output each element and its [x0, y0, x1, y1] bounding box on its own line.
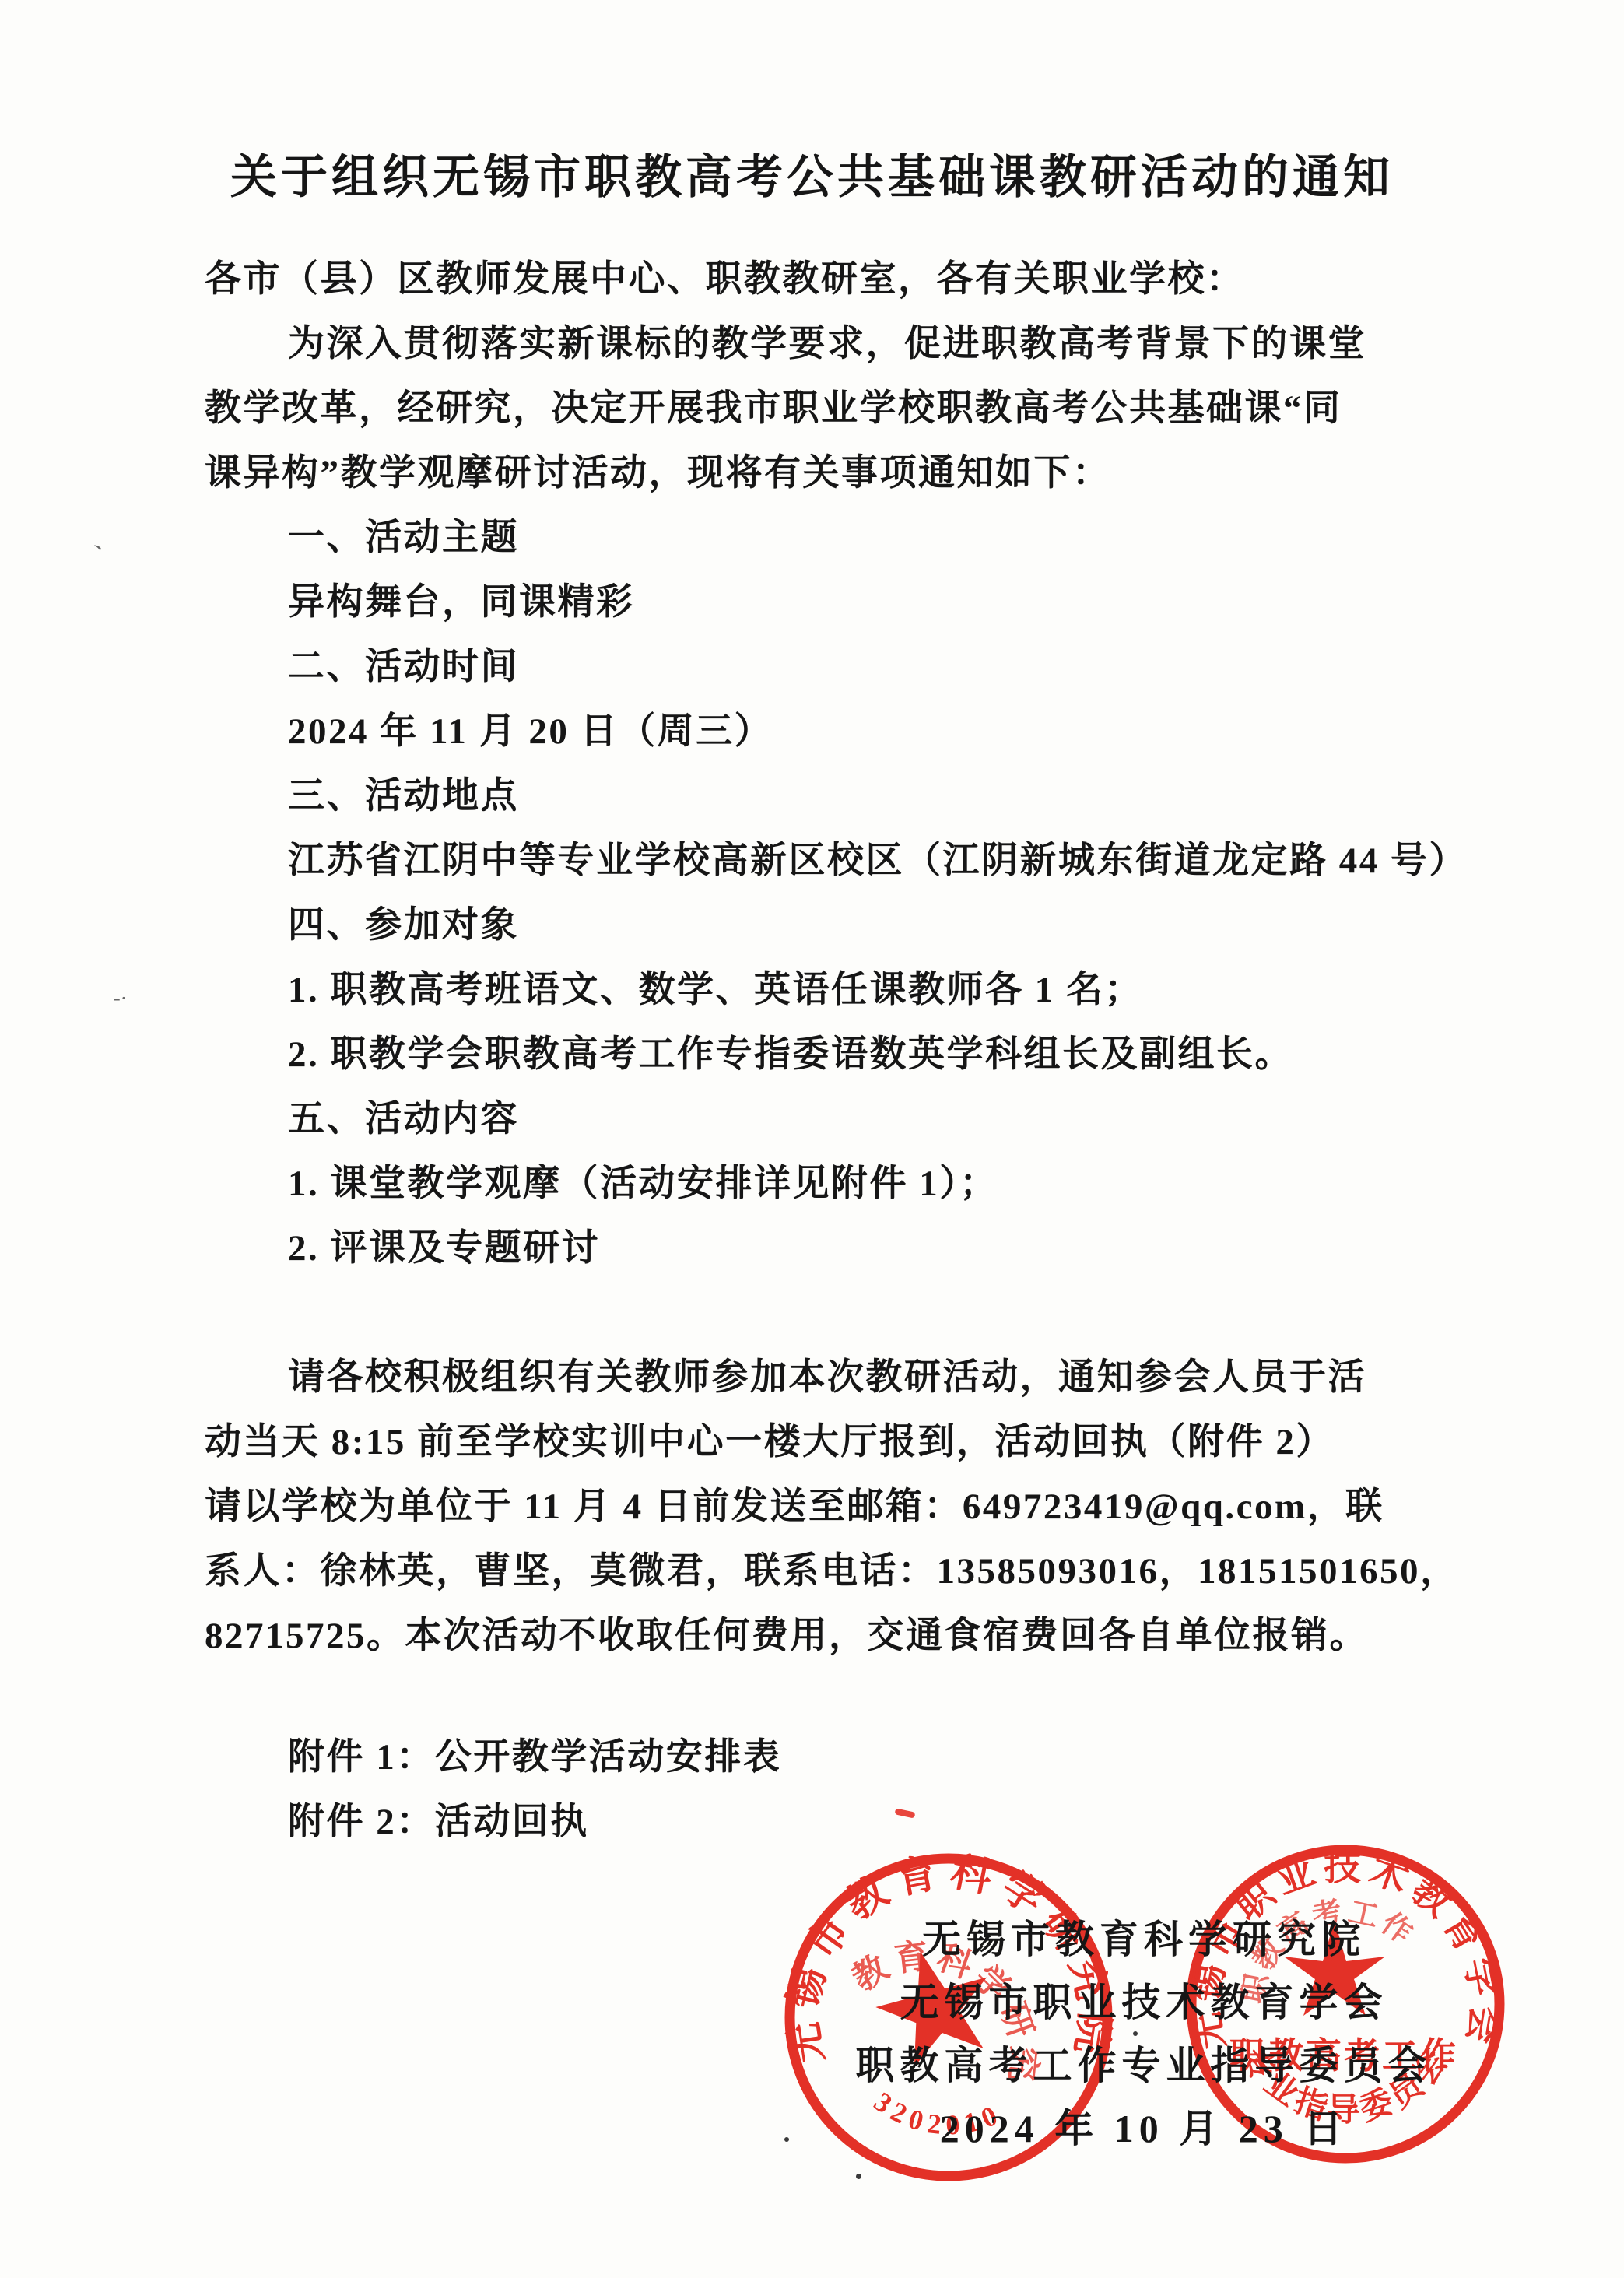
page-title: 关于组织无锡市职教高考公共基础课教研活动的通知: [0, 140, 1624, 207]
notice-body: 各市（县）区教师发展中心、职教教研室，各有关职业学校： 为深入贯彻落实新课标的教…: [205, 247, 1496, 1855]
scan-speck: 、: [89, 518, 118, 556]
issuer-name: 无锡市教育科学研究院: [801, 1908, 1486, 1971]
list-item: 2. 评课及专题研讨: [205, 1216, 1496, 1281]
body-line: 课异构”教学观摩研讨活动，现将有关事项通知如下：: [205, 441, 1496, 506]
list-item: 1. 课堂教学观摩（活动安排详见附件 1）；: [205, 1152, 1496, 1216]
blank-line: [205, 1281, 1496, 1346]
body-line: 为深入贯彻落实新课标的教学要求，促进职教高考背景下的课堂: [205, 312, 1496, 377]
attachment-line: 附件 1：公开教学活动安排表: [205, 1725, 1496, 1790]
body-line: 教学改革，经研究，决定开展我市职业学校职教高考公共基础课“同: [205, 377, 1496, 441]
list-item: 1. 职教高考班语文、数学、英语任课教师各 1 名；: [205, 958, 1496, 1023]
body-line: 2024 年 11 月 20 日（周三）: [205, 700, 1496, 764]
salutation-line: 各市（县）区教师发展中心、职教教研室，各有关职业学校：: [205, 247, 1496, 312]
body-line: 江苏省江阴中等专业学校高新区校区（江阴新城东街道龙定路 44 号）: [205, 829, 1496, 893]
section-heading: 三、活动地点: [205, 764, 1496, 829]
issuer-name: 职教高考工作专业指导委员会: [801, 2034, 1486, 2097]
scanned-notice-page: 关于组织无锡市职教高考公共基础课教研活动的通知 各市（县）区教师发展中心、职教教…: [0, 0, 1624, 2278]
section-heading: 二、活动时间: [205, 635, 1496, 700]
section-heading: 一、活动主题: [205, 506, 1496, 570]
issuer-name: 无锡市职业技术教育学会: [801, 1971, 1486, 2034]
body-line: 请以学校为单位于 11 月 4 日前发送至邮箱：649723419@qq.com…: [205, 1475, 1496, 1539]
list-item: 2. 职教学会职教高考工作专指委语数英学科组长及副组长。: [205, 1023, 1496, 1087]
body-line: 动当天 8:15 前至学校实训中心一楼大厅报到，活动回执（附件 2）: [205, 1410, 1496, 1475]
issue-date: 2024 年 10 月 23 日: [801, 2097, 1486, 2160]
body-line: 82715725。本次活动不收取任何费用，交通食宿费回各自单位报销。: [205, 1604, 1496, 1669]
body-line: 请各校积极组织有关教师参加本次教研活动，通知参会人员于活: [205, 1346, 1496, 1410]
scan-speck: -·: [114, 987, 127, 1010]
body-line: 系人：徐林英，曹坚，莫微君，联系电话：13585093016，181515016…: [205, 1539, 1496, 1604]
body-line: 异构舞台，同课精彩: [205, 570, 1496, 635]
spacer: [205, 1669, 1496, 1725]
section-heading: 四、参加对象: [205, 893, 1496, 958]
section-heading: 五、活动内容: [205, 1087, 1496, 1152]
signature-block: 无锡市教育科学研究院 无锡市职业技术教育学会 职教高考工作专业指导委员会 202…: [801, 1908, 1486, 2160]
